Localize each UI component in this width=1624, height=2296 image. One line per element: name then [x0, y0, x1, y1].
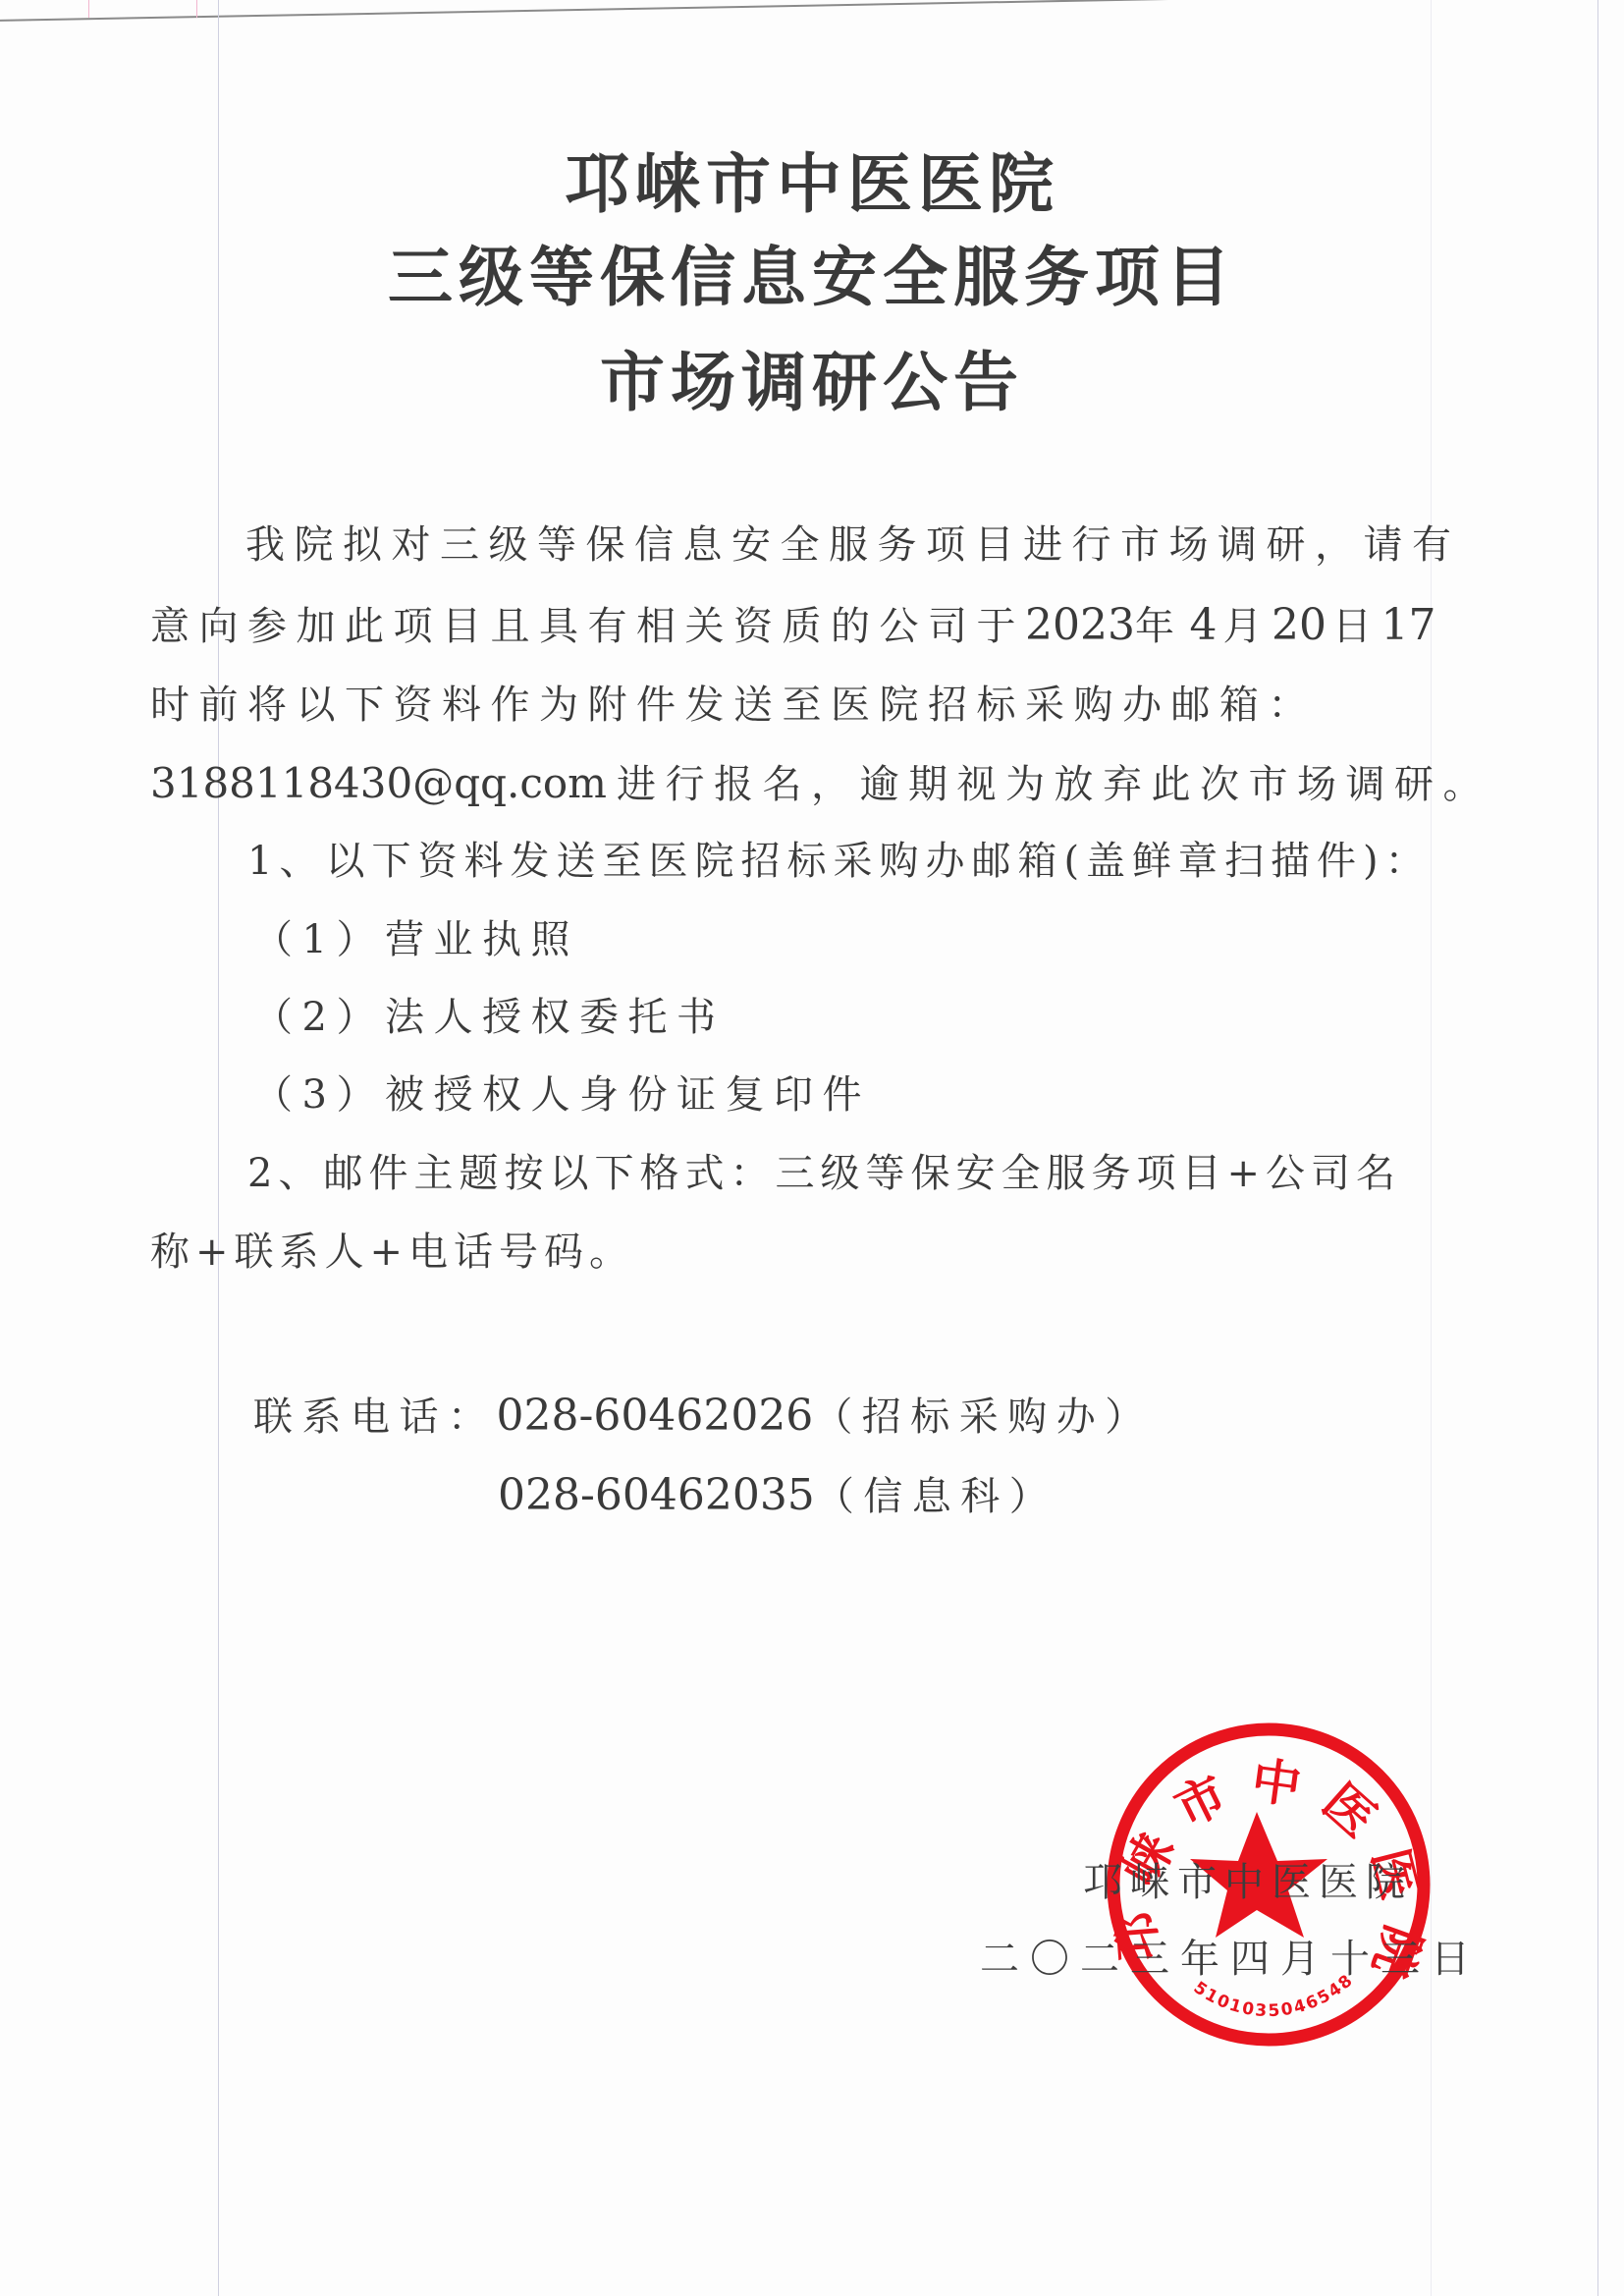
item-2-line: 2、邮件主题按以下格式：三级等保安全服务项目+公司名 [247, 1149, 1401, 1198]
month-suffix: 月 [1222, 604, 1272, 649]
paragraph-line: 我院拟对三级等保信息安全服务项目进行市场调研，请有 [245, 520, 1461, 570]
paragraph-line: 3188118430@qq.com进行报名，逾期视为放弃此次市场调研。 [150, 759, 1491, 808]
email-link[interactable]: 3188118430@qq.com [150, 759, 607, 807]
contact-line: 联系电话：028-60462026（招标采购办） [253, 1392, 1154, 1441]
title-line-org: 邛崃市中医医院 [0, 145, 1624, 224]
paragraph-text: 意向参加此项目且具有相关资质的公司于 [150, 604, 1025, 649]
year-suffix: 年 [1135, 604, 1184, 649]
phone-dept: （信息科） [815, 1474, 1058, 1519]
day-suffix: 日 [1332, 604, 1381, 649]
signature-date: 二〇二三年四月十三日 [980, 1935, 1481, 1984]
signature-org: 邛崃市中医医院 [1083, 1858, 1413, 1907]
paragraph-line: 时前将以下资料作为附件发送至医院招标采购办邮箱： [150, 681, 1317, 730]
title-line-project: 三级等保信息安全服务项目 [0, 239, 1624, 317]
item-2-line: 称+联系人+电话号码。 [150, 1228, 634, 1277]
deadline-month: 4 [1183, 600, 1222, 650]
title-line-notice: 市场调研公告 [0, 344, 1624, 422]
item-1-heading: 1、以下资料发送至医院招标采购办邮箱(盖鲜章扫描件)： [247, 837, 1432, 886]
scan-mark [88, 0, 89, 18]
phone-dept: （招标采购办） [813, 1394, 1154, 1440]
sub-item: （1）营业执照 [253, 915, 579, 964]
deadline-year: 2023 [1025, 600, 1135, 650]
paragraph-text: 进行报名，逾期视为放弃此次市场调研。 [607, 762, 1491, 807]
phone-number[interactable]: 028-60462035 [498, 1470, 815, 1520]
phone-number[interactable]: 028-60462026 [497, 1391, 814, 1441]
contact-label: 联系电话： [253, 1394, 497, 1440]
scan-edge-line [0, 0, 1168, 22]
deadline-day: 20 [1272, 600, 1332, 650]
sub-item: （3）被授权人身份证复印件 [253, 1070, 871, 1120]
sub-item: （2）法人授权委托书 [253, 993, 725, 1042]
deadline-hour: 17 [1380, 600, 1435, 650]
scan-mark [196, 0, 197, 18]
paragraph-line: 意向参加此项目且具有相关资质的公司于2023年4月20日17 [150, 601, 1435, 650]
contact-line: 028-60462035（信息科） [498, 1471, 1057, 1520]
